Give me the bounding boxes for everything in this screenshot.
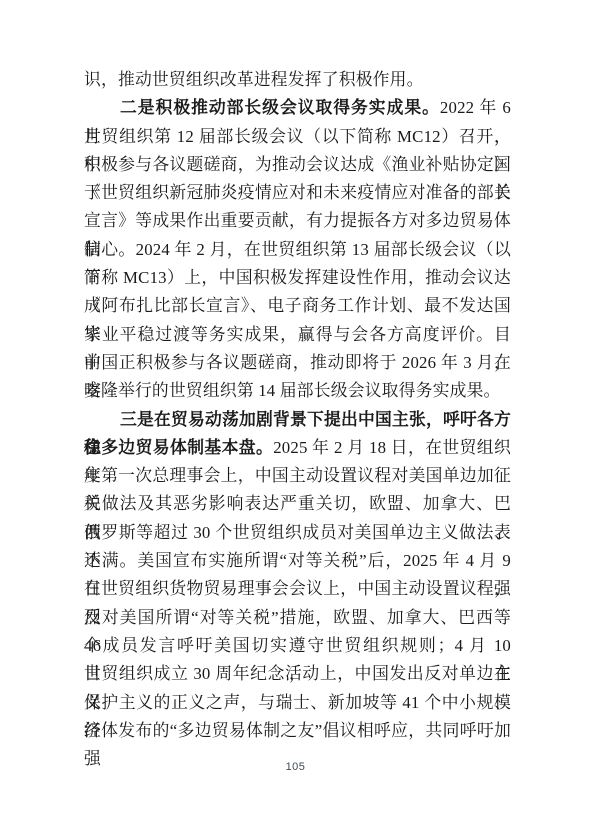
text-line: 不满。美国宣布实施所谓“对等关税”后，2025 年 4 月 9 日，	[84, 547, 511, 575]
bold-run: 住多边贸易体制基本盘。	[84, 438, 273, 457]
text-line: 反对美国所谓“对等关税”措施，欧盟、加拿大、巴西等 46	[84, 604, 511, 632]
text-line: 世贸组织第 12 届部长级会议（以下简称 MC12）召开，中国	[84, 123, 511, 151]
text-line: 识，推动世贸组织改革进程发挥了积极作用。	[84, 66, 511, 94]
text-line: 信心。2024 年 2 月，在世贸组织第 13 届部长级会议（以下	[84, 236, 511, 264]
page-number: 105	[0, 761, 591, 773]
text-line: 度第一次总理事会上，中国主动设置议程对美国单边加征关	[84, 462, 511, 490]
bold-run: 二是积极推动部长级会议取得务实成果。	[120, 98, 440, 117]
text-run: 麦隆举行的世贸组织第 14 届部长级会议取得务实成果。	[84, 381, 501, 400]
text-run: 识，推动世贸组织改革进程发挥了积极作用。	[84, 70, 424, 89]
text-line: 世贸组织成立 30 周年纪念活动上，中国发出反对单边主义、	[84, 660, 511, 688]
text-line: 济体发布的“多边贸易体制之友”倡议相呼应，共同呼吁加强	[84, 717, 511, 745]
text-line: 麦隆举行的世贸组织第 14 届部长级会议取得务实成果。	[84, 377, 511, 405]
text-line: 宣言》等成果作出重要贡献，有力提振各方对多边贸易体制	[84, 207, 511, 235]
text-line: 积极参与各议题磋商，为推动会议达成《渔业补贴协定》《关	[84, 151, 511, 179]
text-line: 二是积极推动部长级会议取得务实成果。2022 年 6 月，	[84, 94, 511, 122]
text-line: 俄罗斯等超过 30 个世贸组织成员对美国单边主义做法表达	[84, 519, 511, 547]
text-line: 毕业平稳过渡等务实成果，赢得与会各方高度评价。目前，	[84, 321, 511, 349]
text-line: 税做法及其恶劣影响表达严重关切，欧盟、加拿大、巴西、	[84, 490, 511, 518]
document-page: 识，推动世贸组织改革进程发挥了积极作用。 二是积极推动部长级会议取得务实成果。2…	[0, 0, 591, 834]
text-line: 保护主义的正义之声，与瑞士、新加坡等 41 个中小规模经	[84, 689, 511, 717]
text-line: 住多边贸易体制基本盘。2025 年 2 月 18 日，在世贸组织年	[84, 434, 511, 462]
body-text-block: 识，推动世贸组织改革进程发挥了积极作用。 二是积极推动部长级会议取得务实成果。2…	[84, 66, 511, 745]
text-line: 三是在贸易动荡加剧背景下提出中国主张，呼吁各方稳	[84, 406, 511, 434]
text-line: 《阿布扎比部长宣言》、电子商务工作计划、最不发达国家	[84, 292, 511, 320]
text-line: 于世贸组织新冠肺炎疫情应对和未来疫情应对准备的部长	[84, 179, 511, 207]
text-line: 在世贸组织货物贸易理事会会议上，中国主动设置议程强烈	[84, 575, 511, 603]
text-run: 于世贸组织新冠肺炎疫情应对和未来疫情应对准备的部长	[84, 183, 511, 202]
text-line: 个成员发言呼吁美国切实遵守世贸组织规则；4 月 10 日，在	[84, 632, 511, 660]
text-line: 中国正积极参与各议题磋商，推动即将于 2026 年 3 月在喀	[84, 349, 511, 377]
text-line: 简称 MC13）上，中国积极发挥建设性作用，推动会议达成	[84, 264, 511, 292]
